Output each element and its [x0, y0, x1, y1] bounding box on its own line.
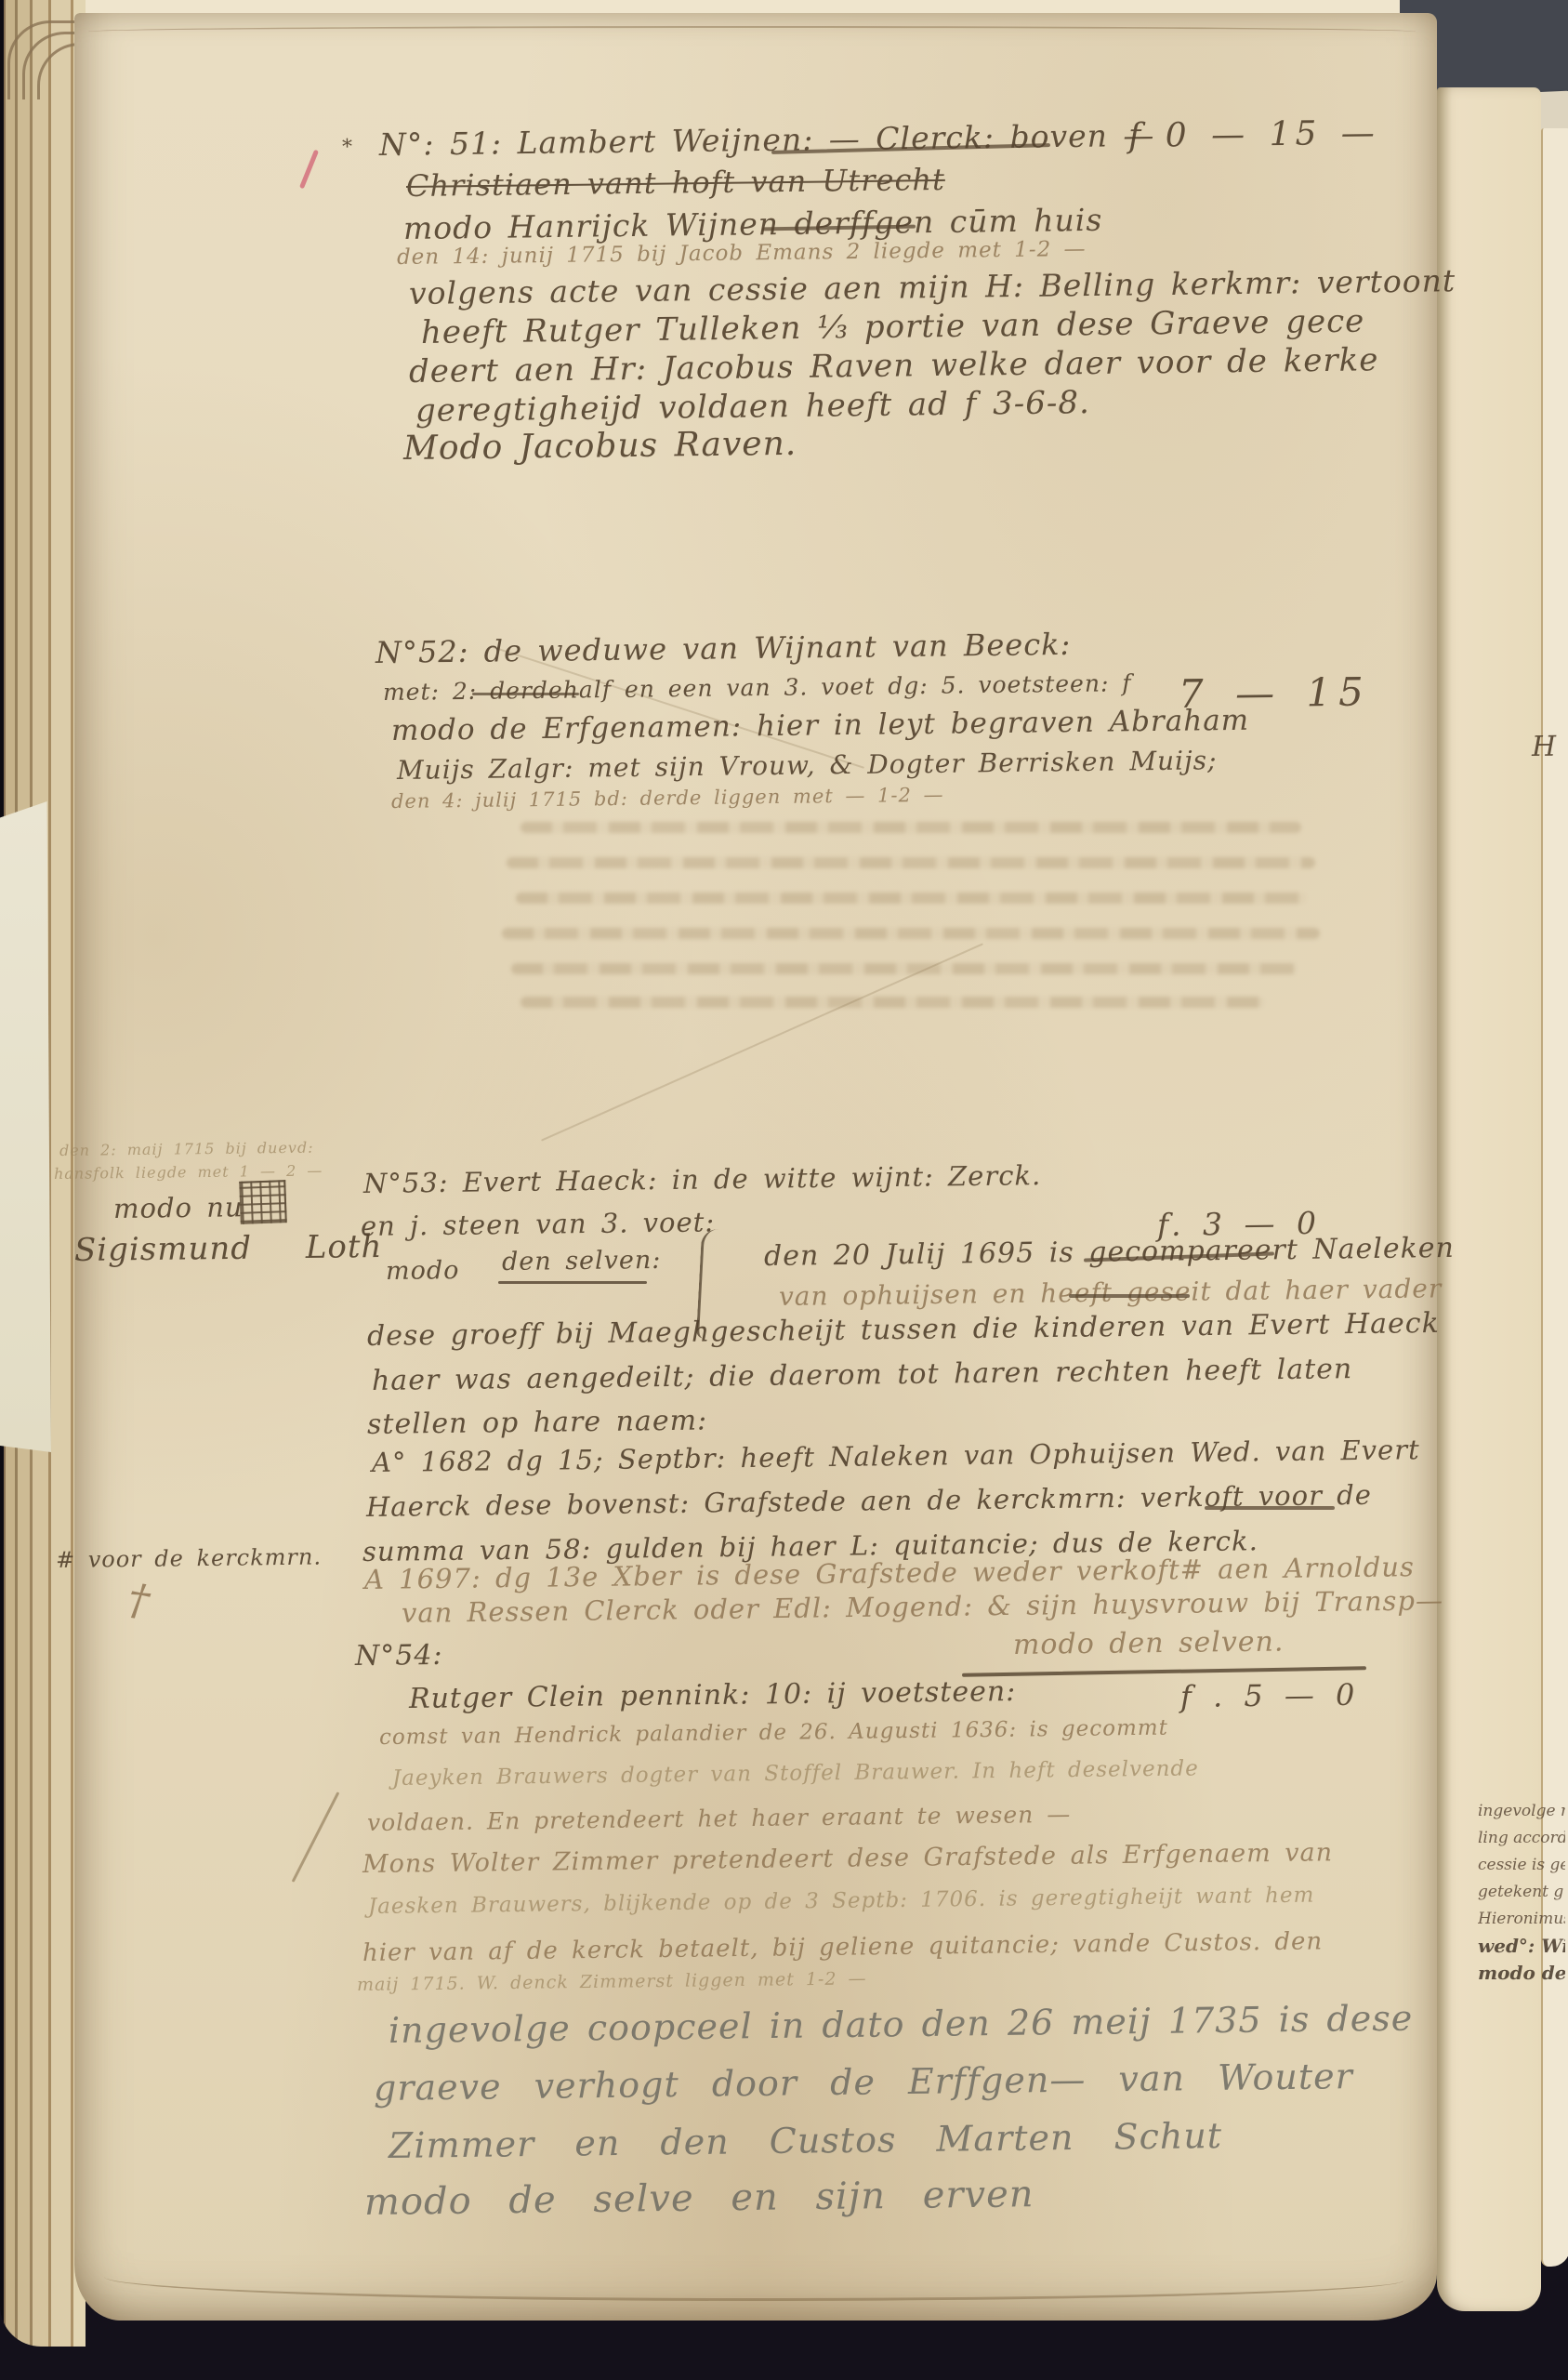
next-page-line: Hieronimus — [1478, 1906, 1565, 1933]
entry53-size-line: en j. steen van 3. voet: — [361, 1206, 716, 1242]
bleedthrough-marks — [502, 928, 1320, 939]
bleedthrough-marks — [516, 892, 1306, 904]
bleedthrough-marks — [520, 997, 1264, 1008]
hatched-square-icon — [239, 1180, 287, 1224]
bleedthrough-marks — [507, 857, 1315, 868]
entry53-margin-note: # voor de kerckmrn. — [56, 1544, 322, 1573]
margin53-modo-line: modo nu — [113, 1191, 244, 1224]
next-page-line: cessie is gec — [1478, 1852, 1565, 1879]
entry51-struck-line: Christiaen vant hoft van Utrecht — [406, 162, 945, 204]
pen-underline — [498, 1281, 647, 1284]
pen-strike — [1205, 1506, 1335, 1510]
margin53-note1: den 2: maij 1715 bij duevd: — [59, 1139, 314, 1159]
entry53-modo-ref: den selven: — [502, 1246, 662, 1276]
next-page-text: ingevolge n ling accord cessie is gec ge… — [1478, 1798, 1565, 1987]
margin53-owner-name: Sigismund Loth — [74, 1228, 383, 1269]
entry54-price: f . 5 — 0 — [1180, 1677, 1359, 1714]
right-edge-mark: H — [1532, 731, 1558, 763]
next-page-line: ingevolge n — [1478, 1798, 1565, 1825]
bleedthrough-marks — [511, 963, 1297, 974]
entry53-body3: stellen op hare naem: — [367, 1405, 708, 1441]
next-page-line: modo de — [1478, 1960, 1565, 1987]
pencil-line4: modo de selve en sijn erven — [364, 2173, 1034, 2224]
pen-strike — [472, 693, 579, 695]
margin-star-mark: * — [342, 136, 353, 159]
next-page-line: getekent g — [1478, 1879, 1565, 1906]
manuscript-photo: * N°: 51: Lambert Weijnen: — Clerck: bov… — [0, 0, 1568, 2380]
entry51-modo-final: Modo Jacobus Raven. — [403, 425, 797, 468]
page-top-crease — [88, 26, 1416, 37]
paper-tab — [0, 801, 51, 1452]
entry51-price: f 0 — 15 — — [1128, 114, 1379, 155]
bleedthrough-marks — [520, 822, 1301, 833]
pen-strike — [1069, 1294, 1190, 1298]
entry53-modo-word: modo — [386, 1256, 460, 1286]
next-page-line: wed°: Will — [1478, 1933, 1565, 1960]
entry53-modo-final: modo den selven. — [1013, 1625, 1285, 1661]
next-page-line: ling accord — [1478, 1825, 1565, 1852]
entry54-heading: N°54: — [355, 1639, 443, 1673]
